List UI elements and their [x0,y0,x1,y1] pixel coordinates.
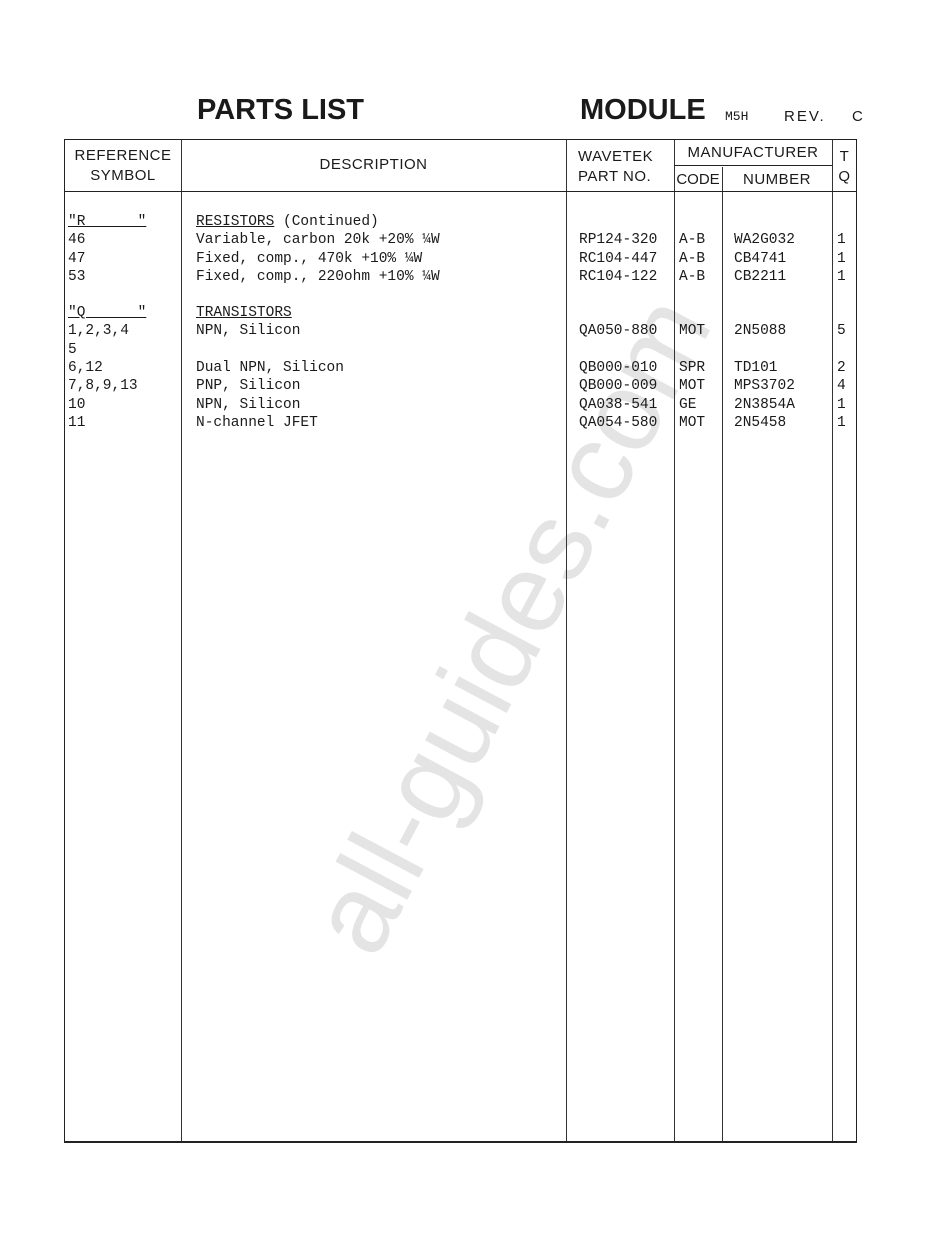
quantity: 1 [837,231,846,249]
column-header-description: DESCRIPTION [181,155,566,175]
column-header-reference: REFERENCE SYMBOL [65,146,181,186]
column-header-manufacturer: MANUFACTURER [674,143,832,163]
revision-value: C [852,108,863,125]
manufacturer-number: 2N5088 [734,322,786,340]
manufacturer-number: CB2211 [734,268,786,286]
quantity: 5 [837,322,846,340]
module-label: MODULE [580,94,706,127]
manufacturer-number: TD101 [734,359,778,377]
column-divider [181,140,182,1141]
section-heading-text: TRANSISTORS [196,305,292,321]
description: PNP, Silicon [196,377,300,395]
manufacturer-number: 2N5458 [734,414,786,432]
part-number: RP124-320 [579,231,657,249]
column-divider [674,140,675,1141]
reference-symbol: 53 [68,268,85,286]
quantity: 2 [837,359,846,377]
reference-symbol: 7,8,9,13 [68,377,138,395]
revision-label: REV. [784,108,826,125]
manufacturer-code: MOT [679,377,705,395]
column-header-code: CODE [674,170,722,190]
reference-symbol: 5 [68,341,77,359]
part-number: QA050-880 [579,322,657,340]
manufacturer-subheader-line [674,165,832,166]
part-number: QA038-541 [579,396,657,414]
description: N-channel JFET [196,414,318,432]
manufacturer-number: MPS3702 [734,377,795,395]
section-heading: TRANSISTORS [196,304,292,322]
column-divider [566,140,567,1141]
description: NPN, Silicon [196,322,300,340]
column-header-number: NUMBER [722,170,832,190]
section-symbol: "R " [68,213,146,231]
manufacturer-code: MOT [679,414,705,432]
manufacturer-number: 2N3854A [734,396,795,414]
column-header-part-no: WAVETEK PART NO. [566,147,674,187]
quantity: 1 [837,268,846,286]
column-divider [722,167,723,1141]
reference-symbol: 10 [68,396,85,414]
manufacturer-code: A-B [679,268,705,286]
module-code: M5H [725,109,748,124]
section-heading-suffix: (Continued) [274,214,378,230]
reference-symbol: 47 [68,250,85,268]
reference-symbol: 11 [68,414,85,432]
part-number: QB000-010 [579,359,657,377]
manufacturer-code: SPR [679,359,705,377]
manufacturer-code: GE [679,396,696,414]
parts-table: REFERENCE SYMBOL DESCRIPTION WAVETEK PAR… [64,139,857,1143]
column-divider [832,140,833,1141]
part-number: QA054-580 [579,414,657,432]
manufacturer-code: A-B [679,250,705,268]
part-number: RC104-447 [579,250,657,268]
section-heading: RESISTORS (Continued) [196,213,379,231]
part-number: QB000-009 [579,377,657,395]
reference-symbol: 1,2,3,4 [68,322,129,340]
description: NPN, Silicon [196,396,300,414]
section-symbol: "Q " [68,304,146,322]
description: Variable, carbon 20k +20% ¼W [196,231,440,249]
quantity: 1 [837,414,846,432]
manufacturer-code: A-B [679,231,705,249]
reference-symbol: 46 [68,231,85,249]
reference-symbol: 6,12 [68,359,103,377]
description: Dual NPN, Silicon [196,359,344,377]
page-title: PARTS LIST [197,94,364,127]
manufacturer-code: MOT [679,322,705,340]
quantity: 1 [837,396,846,414]
manufacturer-number: WA2G032 [734,231,795,249]
description: Fixed, comp., 220ohm +10% ¼W [196,268,440,286]
quantity: 1 [837,250,846,268]
quantity: 4 [837,377,846,395]
column-header-tq: T Q [832,147,857,187]
manufacturer-number: CB4741 [734,250,786,268]
description: Fixed, comp., 470k +10% ¼W [196,250,422,268]
part-number: RC104-122 [579,268,657,286]
section-heading-text: RESISTORS [196,214,274,230]
header-bottom-line [65,191,856,192]
